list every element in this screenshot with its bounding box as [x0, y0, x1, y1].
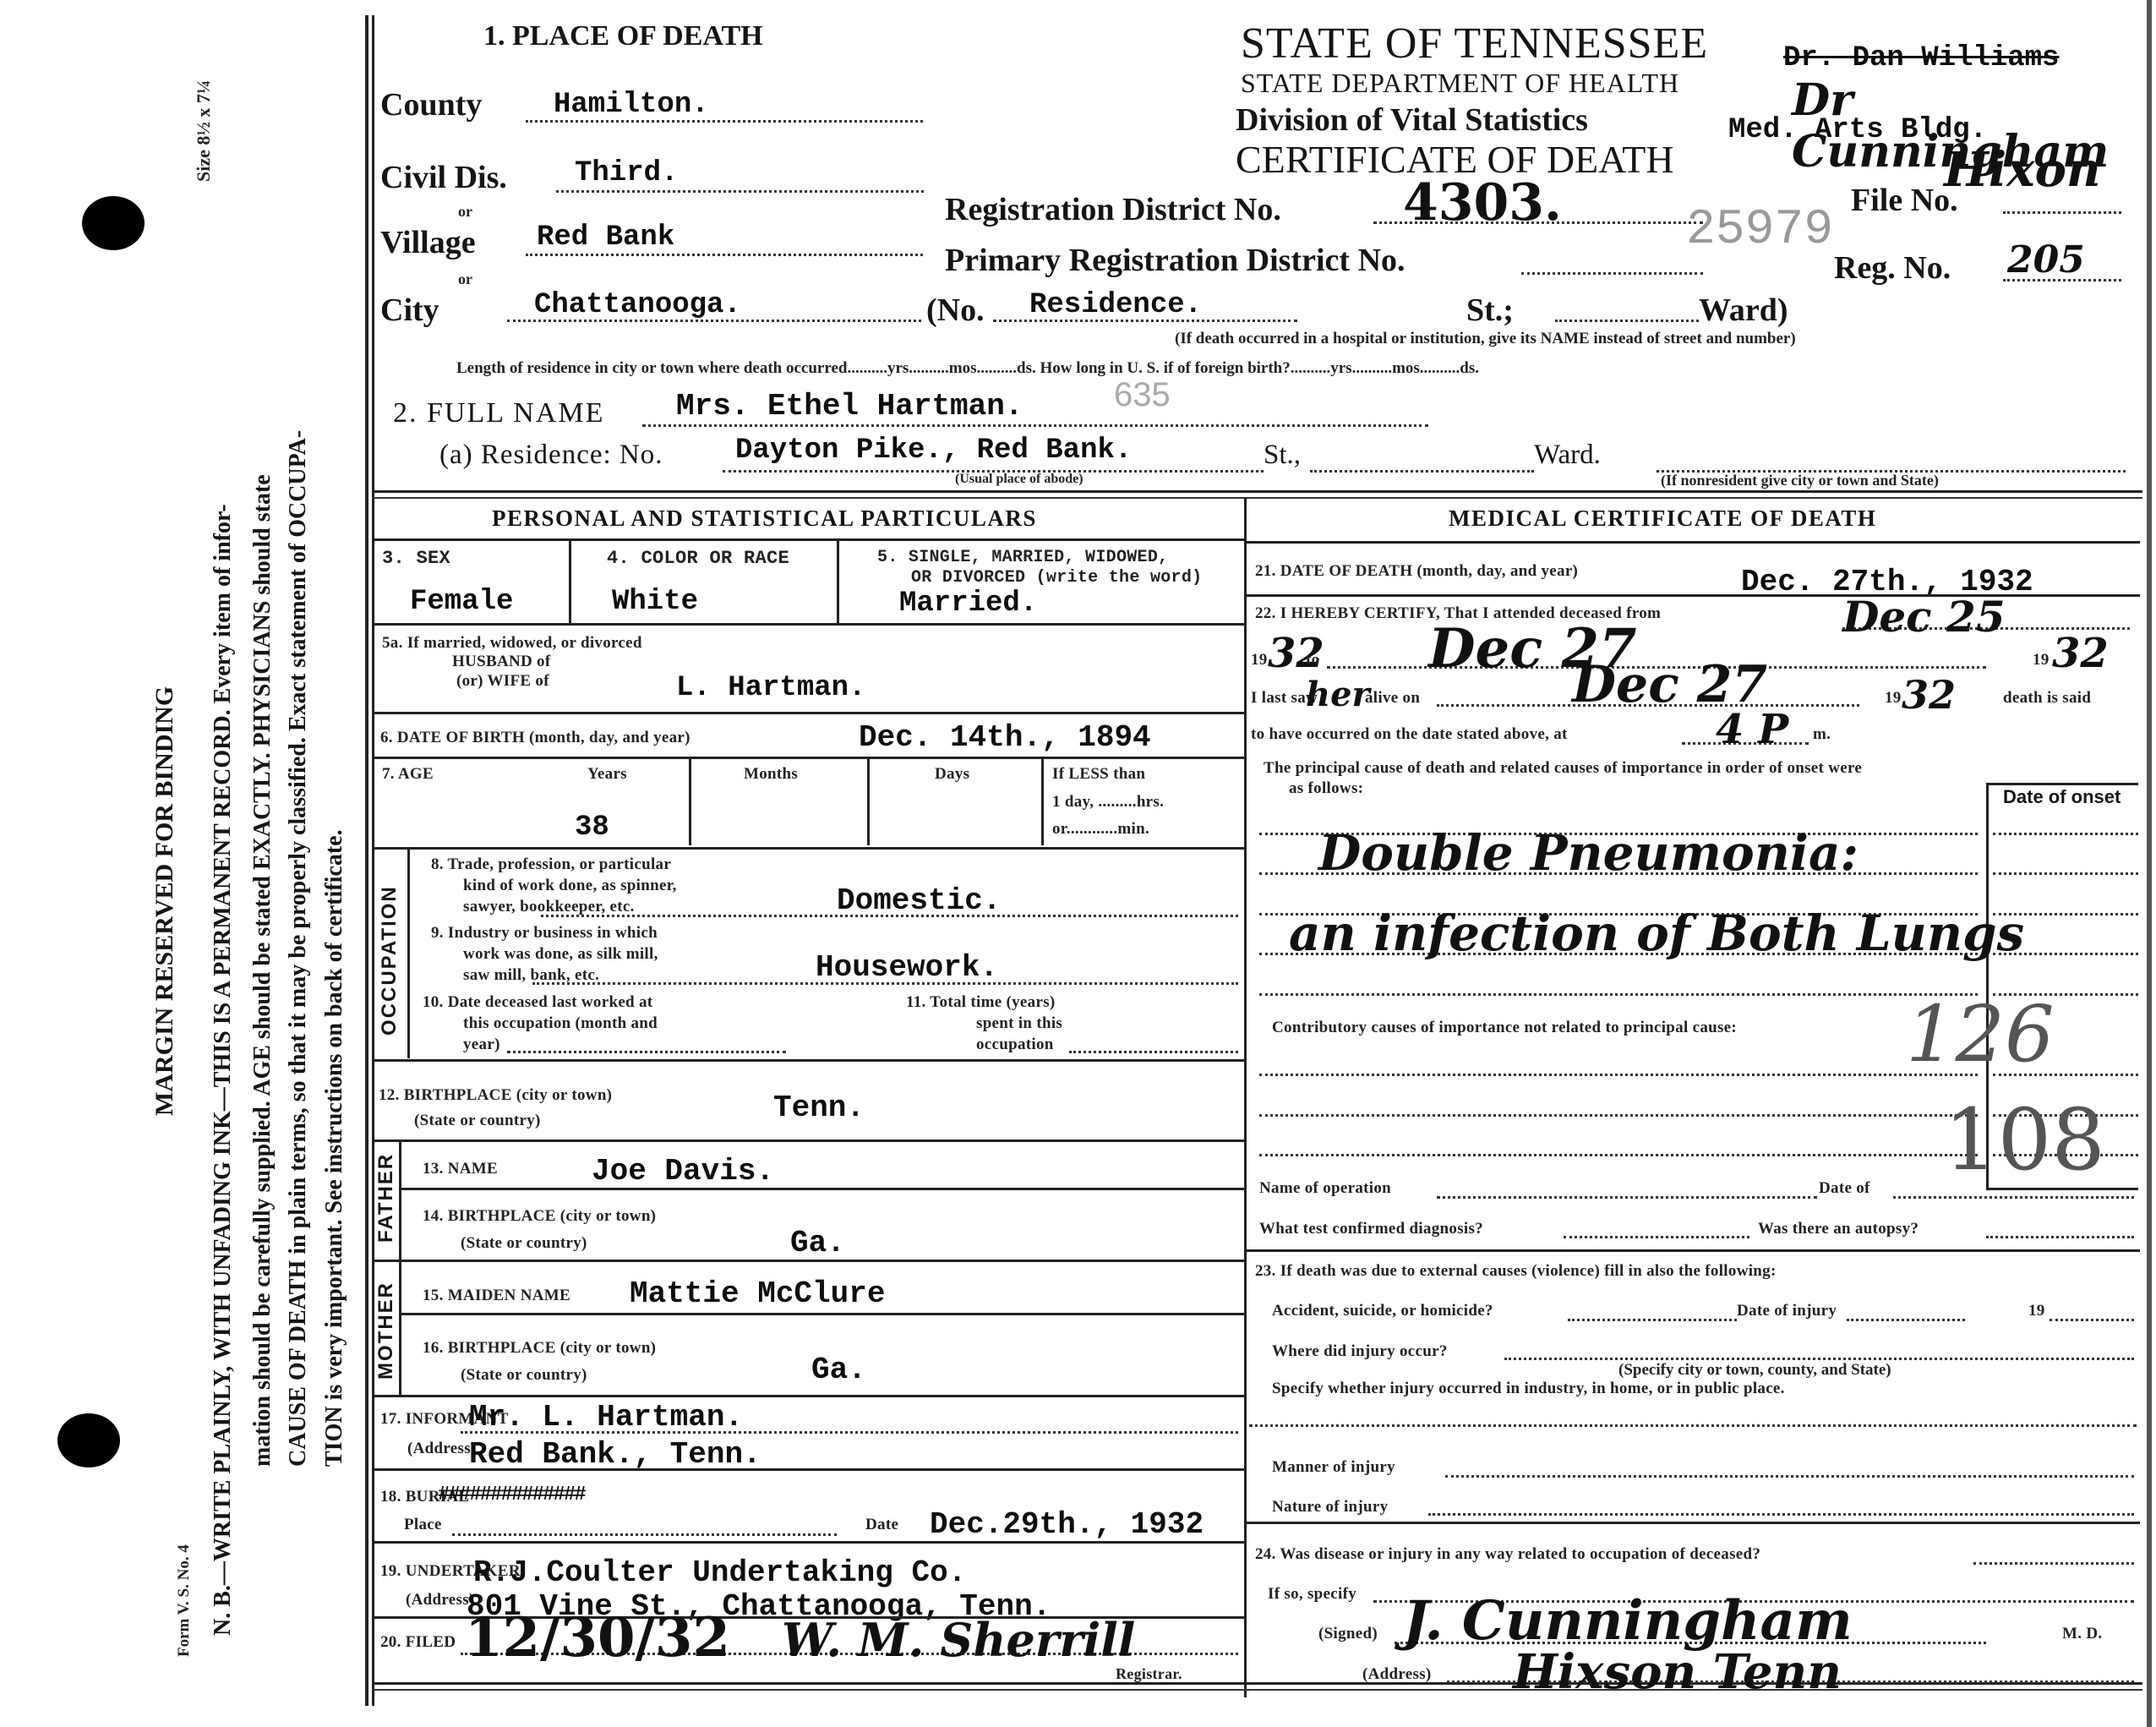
margin-instructions-3: CAUSE OF DEATH in plain terms, so that i… — [285, 430, 312, 1467]
county-label: County — [380, 86, 482, 123]
nature-injury-label: Nature of injury — [1272, 1498, 1388, 1517]
form-right-border — [2147, 0, 2152, 1727]
filed-label: 20. FILED — [380, 1633, 456, 1652]
full-name-value: Mrs. Ethel Hartman. — [676, 389, 1023, 424]
year-prefix-to: 19 — [2033, 651, 2050, 669]
personal-heading: PERSONAL AND STATISTICAL PARTICULARS — [492, 506, 1037, 532]
margin-instructions-1: N. B.—WRITE PLAINLY, WITH UNFADING INK—T… — [210, 504, 237, 1636]
village-value: Red Bank — [537, 221, 674, 254]
spouse-value: L. Hartman. — [676, 672, 865, 704]
trade-value: Domestic. — [837, 883, 1001, 918]
father-name-value: Joe Davis. — [592, 1154, 774, 1189]
accident-label: Accident, suicide, or homicide? — [1272, 1302, 1493, 1320]
physician-address-label: (Address) — [1362, 1665, 1432, 1684]
total-time-label-1: 11. Total time (years) — [906, 993, 1056, 1012]
reg-number-label: Reg. No. — [1834, 249, 1951, 287]
street-label: St.; — [1466, 292, 1514, 329]
registrar-signature: W. M. Sherrill — [782, 1613, 1135, 1667]
birthplace-label-2: (State or country) — [414, 1112, 541, 1130]
autopsy-label: Was there an autopsy? — [1758, 1220, 1919, 1238]
to-label: to — [1306, 651, 1319, 669]
dob-label: 6. DATE OF BIRTH (month, day, and year) — [380, 729, 690, 747]
attended-from-value: Dec 25 — [1842, 592, 2006, 642]
occupation-side-label: OCCUPATION — [378, 885, 401, 1036]
burial-date-value: Dec.29th., 1932 — [930, 1507, 1204, 1542]
last-worked-label-3: year) — [463, 1036, 500, 1054]
date-of-operation-label: Date of — [1819, 1179, 1870, 1198]
pencil-note: 635 — [1114, 376, 1171, 414]
margin-reserved: MARGIN RESERVED FOR BINDING — [150, 686, 179, 1116]
full-name-label: 2. FULL NAME — [393, 397, 604, 429]
md-label: M. D. — [2062, 1625, 2102, 1643]
spouse-label-3: (or) WIFE of — [456, 672, 549, 691]
primary-registration-label: Primary Registration District No. — [945, 242, 1405, 279]
principal-cause-1: Double Pneumonia: — [1318, 824, 1859, 882]
mother-name-label: 15. MAIDEN NAME — [423, 1287, 570, 1305]
or-label-1: or — [458, 203, 472, 221]
principal-cause-label-1: The principal cause of death and related… — [1264, 759, 1862, 778]
death-said-label: death is said — [2003, 689, 2091, 708]
external-causes-label: 23. If death was due to external causes … — [1255, 1262, 1777, 1281]
spouse-label-1: 5a. If married, widowed, or divorced — [382, 634, 642, 653]
trade-label-2: kind of work done, as spinner, — [463, 877, 677, 895]
time-of-death-value: 4 P — [1716, 706, 1788, 753]
hospital-note: (If death occurred in a hospital or inst… — [1175, 330, 1796, 348]
residence-value: Dayton Pike., Red Bank. — [735, 434, 1132, 467]
operation-label: Name of operation — [1259, 1179, 1391, 1198]
reg-number-value: 205 — [2007, 238, 2085, 281]
informant-address-label: (Address) — [407, 1440, 477, 1458]
occupation-related-label: 24. Was disease or injury in any way rel… — [1255, 1545, 1760, 1564]
burial-date-label: Date — [865, 1516, 898, 1534]
burial-place-label: Place — [404, 1516, 442, 1534]
specify-whether-label: Specify whether injury occurred in indus… — [1272, 1380, 1785, 1398]
mother-side-label: MOTHER — [374, 1282, 398, 1380]
father-side-label: FATHER — [374, 1153, 398, 1243]
test-confirmed-label: What test confirmed diagnosis? — [1259, 1220, 1483, 1238]
county-value: Hamilton. — [554, 89, 709, 121]
days-label: Days — [935, 765, 969, 784]
last-saw-year: 32 — [1902, 672, 1956, 718]
dob-value: Dec. 14th., 1894 — [859, 720, 1151, 755]
place-of-death-heading: 1. PLACE OF DEATH — [483, 20, 763, 52]
birthplace-value: Tenn. — [773, 1090, 865, 1125]
industry-label-1: 9. Industry or business in which — [431, 924, 658, 943]
marital-label-2: OR DIVORCED (write the word) — [911, 568, 1202, 588]
size-note: Size 8½ x 7¼ — [193, 80, 215, 182]
less-than-label-1: If LESS than — [1052, 765, 1145, 784]
industry-value: Housework. — [816, 950, 998, 985]
spouse-label-2: HUSBAND of — [452, 653, 550, 671]
last-saw-pronoun: her — [1306, 675, 1370, 714]
no-residence-value: Residence. — [1029, 289, 1202, 321]
registration-district-value: 4303. — [1403, 173, 1562, 232]
department-title: STATE DEPARTMENT OF HEALTH — [1241, 68, 1679, 99]
marital-label-1: 5. SINGLE, MARRIED, WIDOWED, — [877, 548, 1168, 567]
pencil-code-1: 126 — [1906, 989, 2055, 1079]
filed-date-value: 12/30/32 — [465, 1606, 730, 1670]
trade-label-1: 8. Trade, profession, or particular — [431, 855, 671, 874]
burial-struck-text: ############## — [438, 1484, 585, 1506]
physician-address-value: Hixson Tenn — [1513, 1644, 1842, 1700]
usual-abode-note: (Usual place of abode) — [955, 472, 1083, 487]
father-name-label: 13. NAME — [423, 1160, 498, 1178]
nineteen-label: 19 — [2028, 1302, 2045, 1320]
stamped-number: 25979 — [1686, 203, 1833, 258]
form-left-border-inner — [372, 15, 374, 1706]
alive-on-label: alive on — [1365, 689, 1420, 708]
injury-date-label: Date of injury — [1737, 1302, 1837, 1320]
last-worked-label-1: 10. Date deceased last worked at — [423, 993, 652, 1012]
residence-street-label: St., — [1264, 440, 1301, 471]
father-birthplace-label-1: 14. BIRTHPLACE (city or town) — [423, 1207, 656, 1226]
father-birthplace-label-2: (State or country) — [461, 1234, 587, 1253]
informant-address-value: Red Bank., Tenn. — [469, 1437, 761, 1472]
civil-district-label: Civil Dis. — [380, 159, 507, 196]
physician-signature: J. Cunningham — [1403, 1589, 1853, 1653]
signed-label: (Signed) — [1318, 1625, 1378, 1643]
where-injury-label: Where did injury occur? — [1272, 1342, 1448, 1361]
medical-heading: MEDICAL CERTIFICATE OF DEATH — [1449, 506, 1876, 532]
mother-birthplace-value: Ga. — [811, 1353, 866, 1387]
punch-hole-bottom — [57, 1413, 120, 1467]
civil-district-value: Third. — [575, 157, 678, 189]
section-divider — [372, 490, 2142, 499]
residence-label: (a) Residence: No. — [439, 440, 663, 471]
mother-name-value: Mattie McClure — [630, 1276, 885, 1311]
pencil-code-2: 108 — [1944, 1090, 2105, 1189]
informant-value: Mr. L. Hartman. — [469, 1400, 743, 1435]
total-time-label-2: spent in this — [976, 1014, 1062, 1033]
occurred-label: to have occurred on the date stated abov… — [1251, 725, 1568, 744]
birthplace-label-1: 12. BIRTHPLACE (city or town) — [379, 1086, 612, 1105]
trade-label-3: sawyer, bookkeeper, etc. — [463, 898, 635, 916]
principal-cause-label-2: as follows: — [1289, 779, 1363, 798]
less-than-label-2: 1 day, .........hrs. — [1052, 793, 1164, 812]
village-label: Village — [380, 224, 476, 261]
city-value: Chattanooga. — [534, 289, 741, 321]
typed-annotation-doctor: Dr. Dan Williams — [1783, 42, 2059, 74]
less-than-label-3: or............min. — [1052, 820, 1149, 839]
principal-cause-2: an infection of Both Lungs — [1289, 904, 2024, 962]
registrar-label: Registrar. — [1116, 1665, 1182, 1683]
form-left-border — [365, 15, 368, 1706]
date-of-onset-label: Date of onset — [2003, 786, 2121, 808]
years-value: 38 — [575, 812, 609, 844]
margin-instructions-4: TION is very important. See instructions… — [321, 829, 348, 1467]
column-divider — [1244, 497, 1247, 1697]
date-of-death-label: 21. DATE OF DEATH (month, day, and year) — [1255, 562, 1578, 581]
months-label: Months — [744, 765, 798, 784]
sex-label: 3. SEX — [382, 548, 450, 569]
race-value: White — [612, 586, 698, 618]
father-birthplace-value: Ga. — [790, 1226, 845, 1260]
nonresident-note: (If nonresident give city or town and St… — [1661, 472, 1939, 489]
race-label: 4. COLOR OR RACE — [607, 548, 789, 569]
no-residence-label: (No. — [926, 292, 985, 329]
marital-value: Married. — [899, 588, 1037, 620]
file-number-label: File No. — [1851, 182, 1958, 219]
city-label: City — [380, 292, 439, 329]
contributory-label: Contributory causes of importance not re… — [1272, 1019, 1737, 1037]
division-title: Division of Vital Statistics — [1236, 101, 1588, 139]
form-number: Form V. S. No. 4 — [175, 1544, 194, 1657]
sex-value: Female — [410, 586, 513, 618]
m-label: m. — [1813, 725, 1831, 744]
ward-label: Ward) — [1699, 292, 1788, 329]
manner-injury-label: Manner of injury — [1272, 1458, 1395, 1477]
undertaker-value: R.J.Coulter Undertaking Co. — [473, 1555, 966, 1590]
punch-hole-top — [82, 196, 145, 250]
year-prefix-from: 19 — [1251, 651, 1268, 669]
total-time-label-3: occupation — [976, 1036, 1054, 1054]
age-label: 7. AGE — [382, 765, 434, 784]
mother-birthplace-label-2: (State or country) — [461, 1366, 587, 1385]
file-number-field — [2003, 211, 2121, 214]
specify-city-note: (Specify city or town, county, and State… — [1618, 1361, 1891, 1380]
mother-birthplace-label-1: 16. BIRTHPLACE (city or town) — [423, 1339, 656, 1358]
last-worked-label-2: this occupation (month and — [463, 1014, 658, 1033]
year-prefix-last-saw: 19 — [1885, 689, 1902, 708]
industry-label-2: work was done, as silk mill, — [463, 945, 658, 964]
if-so-label: If so, specify — [1268, 1585, 1356, 1604]
years-label: Years — [587, 765, 627, 784]
state-title: STATE OF TENNESSEE — [1241, 19, 1708, 68]
length-of-residence: Length of residence in city or town wher… — [456, 359, 1479, 378]
residence-ward-label: Ward. — [1534, 440, 1601, 471]
registration-district-label: Registration District No. — [945, 191, 1281, 228]
attended-to-year: 32 — [2052, 630, 2109, 677]
margin-instructions-2: mation should be carefully supplied. AGE… — [249, 474, 276, 1467]
or-label-2: or — [458, 271, 472, 288]
handwritten-annotation-town: Hixon — [1944, 142, 2101, 198]
